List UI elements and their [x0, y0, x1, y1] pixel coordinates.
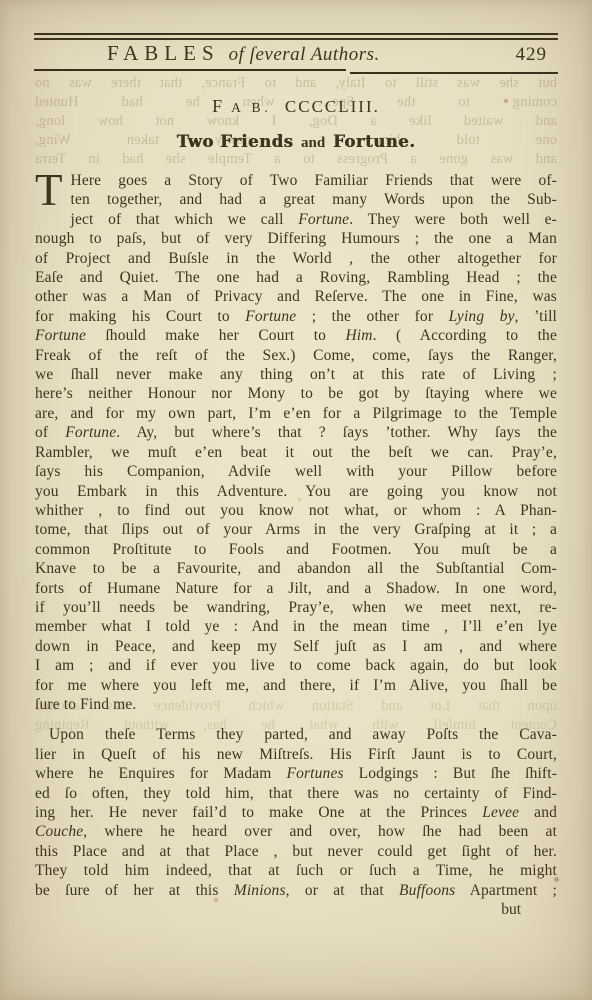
header-rule-top-1	[34, 33, 558, 35]
bleedthrough-line: but she was still to Italy, and to Franc…	[35, 74, 557, 93]
header-rule-top-2	[34, 38, 558, 40]
paragraph-2: Upon theſe Terms they parted, and away P…	[35, 725, 557, 900]
body-line: ject of that which we call Fortune. They…	[35, 210, 557, 229]
fable-title-gothic-1: Two Friends	[177, 132, 294, 151]
bleedthrough-top: but she was still to Italy, and to Franc…	[35, 74, 557, 169]
body-line: of Fortune. Ay, but where’s that ? ſays …	[35, 423, 557, 442]
body-line: ing her. He never fail’d to make One at …	[35, 803, 557, 822]
body-line: They told him indeed, that at ſuch or ſu…	[35, 861, 557, 880]
body-line: Rambler, we muſt e’en beat it out the be…	[35, 443, 557, 462]
fable-title-gothic-2: Fortune.	[333, 132, 415, 151]
body-line: ed ſo often, they told him, that there w…	[35, 784, 557, 803]
page-number: 429	[516, 44, 548, 66]
header-title-italic: of ſeveral Authors.	[229, 44, 380, 65]
body-line: Here goes a Story of Two Familiar Friend…	[35, 171, 557, 190]
body-line: Fortune ſhould make her Court to Him. ( …	[35, 326, 557, 345]
book-page-scan: but she was still to Italy, and to Franc…	[0, 0, 592, 1000]
dropcap-initial: T	[35, 172, 63, 210]
body-line: we ſhall never make any thing on’t at th…	[35, 365, 557, 384]
body-line: for me where you left me, and there, if …	[35, 676, 557, 695]
body-line: whither , to find out you know not what,…	[35, 501, 557, 520]
running-header: FABLESof ſeveral Authors. 429	[35, 41, 557, 67]
body-line: ten together, and had a great many Words…	[35, 190, 557, 209]
body-line: tome, that ſlips out of your Arms in the…	[35, 520, 557, 539]
header-rule-bottom-right	[350, 72, 558, 74]
body-line: other was a Man of Privacy and Reſerve. …	[35, 287, 557, 306]
body-line: down in Peace, and keep my Self juſt as …	[35, 637, 557, 656]
fable-number-heading: F A B. CCCCLIII.	[0, 96, 592, 117]
body-line: ſays his Companion, Adviſe well with you…	[35, 462, 557, 481]
fab-number: CCCCLIII.	[285, 97, 380, 116]
body-line: you Embark in this Adventure. You are go…	[35, 482, 557, 501]
body-line: nough to paſs, but of very Differing Hum…	[35, 229, 557, 248]
body-line: Eaſe and Quiet. The one had a Roving, Ra…	[35, 268, 557, 287]
body-line: are, and for my own part, I’m e’en for a…	[35, 404, 557, 423]
header-rule-bottom-left	[34, 69, 346, 71]
body-line: forts of Humane Nature for a Jilt, and a…	[35, 579, 557, 598]
body-line: this Place and at that Place , but never…	[35, 842, 557, 861]
body-line: Freak of the reſt of the Sex.) Come, com…	[35, 346, 557, 365]
body-line: member what I told ye : And in the mean …	[35, 617, 557, 636]
body-line: of Project and Buſsle in the World , the…	[35, 249, 557, 268]
body-line: if you’ll needs be wandring, Pray’e, whe…	[35, 598, 557, 617]
body-line: be ſure of her at this Minions, or at th…	[35, 881, 557, 900]
header-title: FABLESof ſeveral Authors.	[107, 41, 380, 66]
body-line: for making his Court to Fortune ; the ot…	[35, 307, 557, 326]
body-line: lier in Queſt of his new Miſtreſs. His F…	[35, 745, 557, 764]
fable-title-roman-and: and	[301, 135, 325, 151]
body-line: Upon theſe Terms they parted, and away P…	[35, 725, 557, 744]
body-line: common Proſtitute to Fools and Footmen. …	[35, 540, 557, 559]
body-line: where he Enquires for Madam Fortunes Lod…	[35, 764, 557, 783]
body-text: T Here goes a Story of Two Familiar Frie…	[35, 171, 557, 919]
paragraph-1: T Here goes a Story of Two Familiar Frie…	[35, 171, 557, 714]
bleedthrough-line: and was gone a Progress to a Temple she …	[35, 150, 557, 169]
catchword: but	[35, 900, 557, 919]
body-line: Couche, where he heard over and over, ho…	[35, 822, 557, 841]
fab-prefix-large: F	[212, 96, 226, 116]
body-line: ſure to Find me.	[35, 695, 557, 714]
body-line: Knave to be a Favourite, and abandon all…	[35, 559, 557, 578]
fab-prefix-small: A B.	[231, 100, 272, 115]
fable-title: Two Friends and Fortune.	[0, 132, 592, 152]
header-title-roman: FABLES	[107, 41, 220, 65]
body-line: I am ; and if ever you live to come back…	[35, 656, 557, 675]
body-line: here’s neither Honour nor Mony to be got…	[35, 384, 557, 403]
